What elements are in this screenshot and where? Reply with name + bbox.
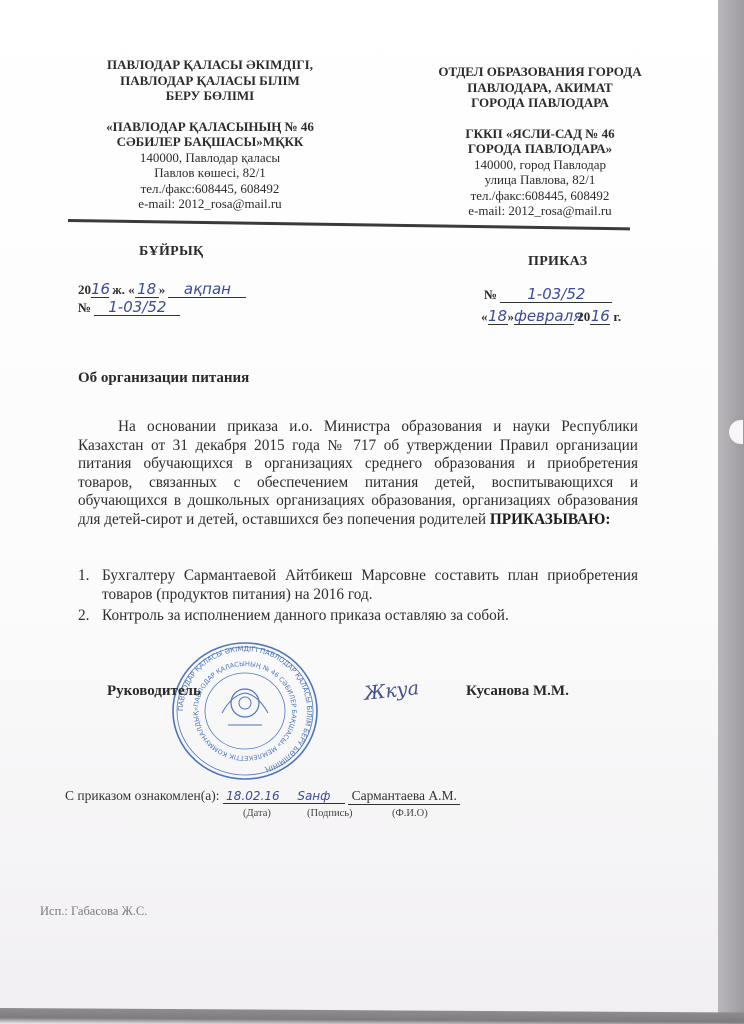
order-title-kz: БҰЙРЫҚ (139, 244, 204, 260)
director-role: Руководитель (107, 683, 201, 700)
handwritten-year: 16 (590, 308, 610, 325)
address-line: 140000, город Павлодар (400, 157, 680, 173)
director-signature: Жкуа (363, 677, 420, 705)
institution-line: ГОРОДА ПАВЛОДАРА» (400, 141, 680, 157)
handwritten-year: 16 (91, 281, 109, 298)
scanned-page: ПАВЛОДАР ҚАЛАСЫ ӘКІМДІГІ, ПАВЛОДАР ҚАЛАС… (0, 0, 720, 1012)
phone-line: тел./факс:608445, 608492 (400, 188, 680, 204)
order-number-ru: № 1-03/52 (484, 286, 612, 303)
order-body: На основании приказа и.о. Министра образ… (78, 418, 638, 529)
handwritten-day: 18 (135, 281, 159, 298)
scan-edge-right (718, 0, 744, 1024)
order-title-ru: ПРИКАЗ (528, 254, 587, 270)
phone-line: тел./факс:608445, 608492 (60, 181, 360, 197)
org-line: ПАВЛОДАР ҚАЛАСЫ БІЛІМ (60, 73, 360, 89)
handwritten-number: 1-03/52 (500, 286, 612, 303)
caption-signature: (Подпись) (307, 808, 353, 819)
order-command: ПРИКАЗЫВАЮ: (490, 511, 611, 528)
address-line: Павлов көшесі, 82/1 (60, 165, 360, 181)
order-items: 1. Бухгалтеру Сармантаевой Айтбикеш Марс… (78, 567, 638, 629)
header-left-kz: ПАВЛОДАР ҚАЛАСЫ ӘКІМДІГІ, ПАВЛОДАР ҚАЛАС… (60, 57, 360, 212)
header-divider (68, 219, 630, 230)
handwritten-day: 18 (488, 308, 508, 325)
ack-signature: Ѕaнф (283, 789, 345, 804)
svg-text:«ПАВЛОДАР ҚАЛАСЫНЫҢ № 46 СӘБИЛ: «ПАВЛОДАР ҚАЛАСЫНЫҢ № 46 СӘБИЛЕР БАҚШАСЫ… (170, 641, 298, 762)
order-date-ru: «18»февраля 2016 г. (481, 308, 621, 325)
org-line: ПАВЛОДАРА, АКИМАТ (400, 80, 680, 96)
institution-line: ГККП «ЯСЛИ-САД № 46 (400, 126, 680, 142)
order-number-kz: № 1-03/52 (78, 299, 180, 316)
ack-date: 18.02.16 (223, 789, 283, 804)
org-line: БЕРУ БӨЛІМІ (60, 88, 360, 104)
ack-label: С приказом ознакомлен(а): (65, 788, 223, 803)
email-line: e-mail: 2012_rosa@mail.ru (60, 196, 360, 212)
list-item: 1. Бухгалтеру Сармантаевой Айтбикеш Марс… (78, 567, 638, 604)
email-line: e-mail: 2012_rosa@mail.ru (400, 203, 680, 219)
executor-note: Исп.: Габасова Ж.С. (40, 904, 147, 919)
header-right-ru: ОТДЕЛ ОБРАЗОВАНИЯ ГОРОДА ПАВЛОДАРА, АКИМ… (400, 64, 680, 219)
address-line: 140000, Павлодар қаласы (60, 150, 360, 166)
ack-name: Сармантаева А.М. (348, 788, 460, 805)
caption-date: (Дата) (243, 808, 271, 819)
institution-line: «ПАВЛОДАР ҚАЛАСЫНЫҢ № 46 (60, 119, 360, 135)
order-date-kz: 2016 ж. «18» ақпан (78, 281, 246, 298)
official-seal-icon: ПАВЛОДАР ҚАЛАСЫ ӘКІМДІГІ ПАВЛОДАР ҚАЛАСЫ… (170, 641, 320, 781)
org-line: ГОРОДА ПАВЛОДАРА (400, 95, 680, 111)
handwritten-number: 1-03/52 (94, 299, 180, 316)
org-line: ПАВЛОДАР ҚАЛАСЫ ӘКІМДІГІ, (60, 57, 360, 73)
address-line: улица Павлова, 82/1 (400, 172, 680, 188)
handwritten-month: ақпан (168, 281, 246, 298)
order-subject: Об организации питания (78, 370, 249, 387)
acknowledgement-line: С приказом ознакомлен(а): 18.02.16Ѕaнф С… (65, 788, 460, 805)
org-line: ОТДЕЛ ОБРАЗОВАНИЯ ГОРОДА (400, 64, 680, 80)
institution-line: СӘБИЛЕР БАҚШАСЫ»МҚКК (60, 134, 360, 150)
list-item: 2. Контроль за исполнением данного прика… (78, 607, 638, 626)
handwritten-month: февраля (514, 308, 574, 325)
director-name: Кусанова М.М. (466, 683, 569, 700)
caption-fio: (Ф.И.О) (392, 808, 428, 819)
